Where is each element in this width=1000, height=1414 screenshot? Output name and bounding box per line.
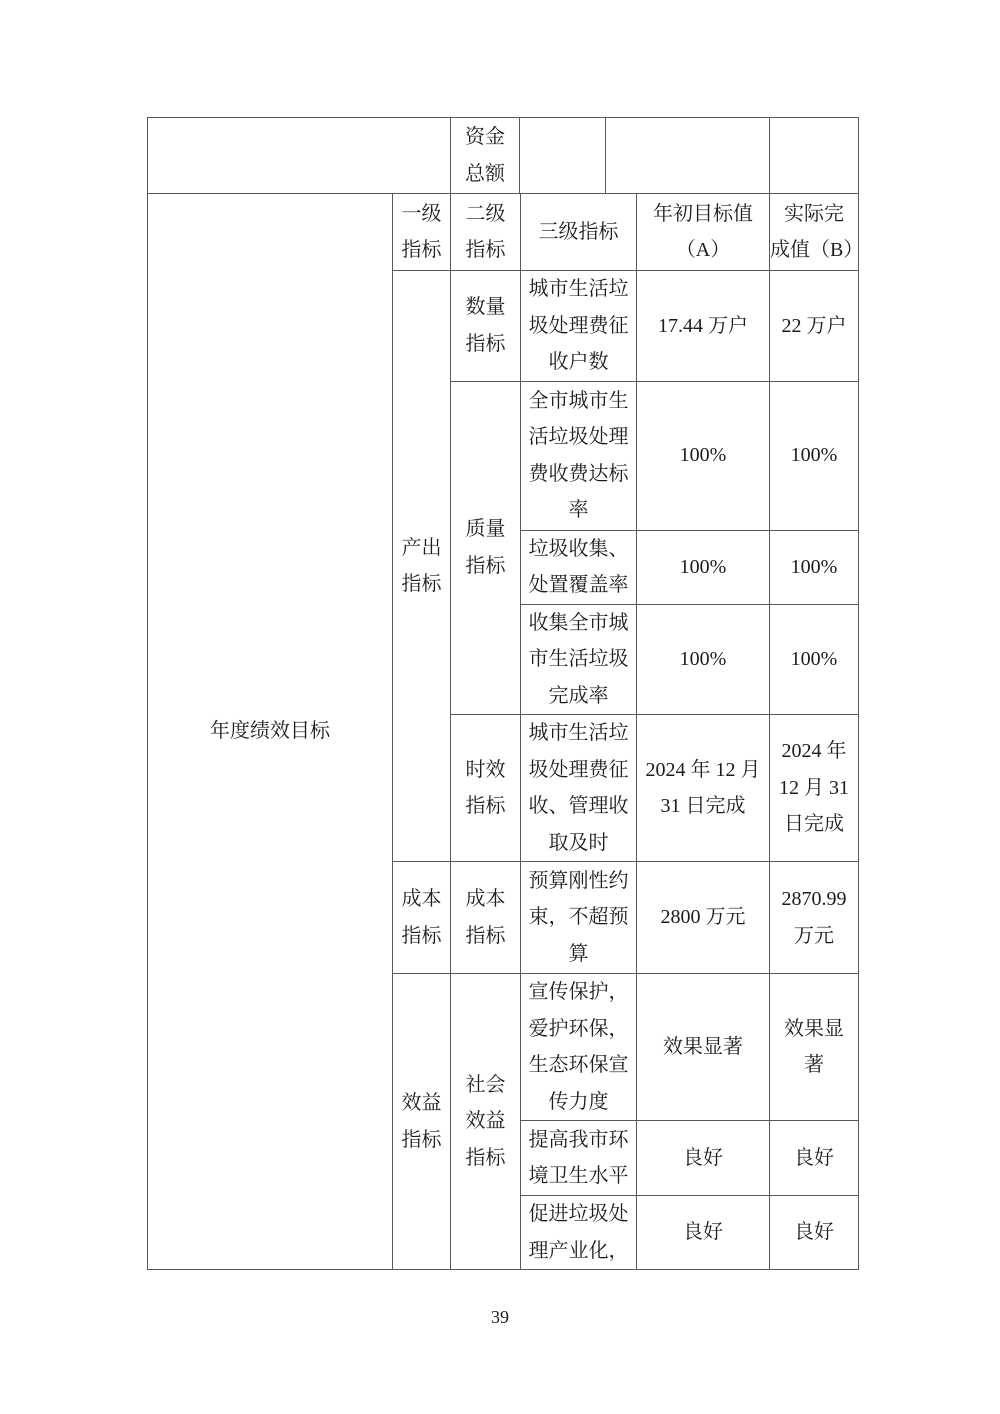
performance-table-area: 资金 总额 年度绩效目标 一级 指标 二级 指标 三级指标 年初目标值 （A） <box>147 117 858 1270</box>
actual-value-cell: 效果显 著 <box>770 974 859 1121</box>
indicator-cell: 全市城市生 活垃圾处理 费收费达标 率 <box>521 381 637 530</box>
indicator-cell: 促进垃圾处 理产业化， <box>521 1196 637 1270</box>
target-value-cell: 100% <box>637 381 770 530</box>
target-value-cell: 17.44 万户 <box>637 271 770 382</box>
table-continuation-row: 资金 总额 <box>147 117 859 194</box>
level2-social-benefit-cell: 社会 效益 指标 <box>451 974 521 1270</box>
target-value-cell: 100% <box>637 530 770 604</box>
header-row: 年度绩效目标 一级 指标 二级 指标 三级指标 年初目标值 （A） 实际完 成值… <box>148 194 859 271</box>
header-level3: 三级指标 <box>521 194 637 271</box>
level2-timeliness-cell: 时效 指标 <box>451 715 521 862</box>
level1-benefit-cell: 效益 指标 <box>393 974 451 1270</box>
header-target-value: 年初目标值 （A） <box>637 194 770 271</box>
level2-cost-cell: 成本 指标 <box>451 862 521 974</box>
fragment-row: 资金 总额 <box>148 118 859 194</box>
header-level2: 二级 指标 <box>451 194 521 271</box>
document-page: 资金 总额 年度绩效目标 一级 指标 二级 指标 三级指标 年初目标值 （A） <box>0 0 1000 1414</box>
level1-output-cell: 产出 指标 <box>393 271 451 862</box>
page-number: 39 <box>0 1306 1000 1328</box>
level2-quantity-cell: 数量 指标 <box>451 271 521 382</box>
level1-cost-cell: 成本 指标 <box>393 862 451 974</box>
fragment-empty-cell-4 <box>770 118 859 194</box>
fragment-empty-cell-3 <box>606 118 770 194</box>
actual-value-cell: 100% <box>770 530 859 604</box>
target-value-cell: 良好 <box>637 1196 770 1270</box>
actual-value-cell: 100% <box>770 604 859 715</box>
indicator-cell: 垃圾收集、 处置覆盖率 <box>521 530 637 604</box>
performance-indicators-table: 年度绩效目标 一级 指标 二级 指标 三级指标 年初目标值 （A） 实际完 成值… <box>147 193 859 1270</box>
fragment-empty-cell-1 <box>148 118 451 194</box>
annual-performance-goal-cell: 年度绩效目标 <box>148 194 393 1270</box>
fragment-empty-cell-2 <box>520 118 606 194</box>
indicator-cell: 城市生活垃 圾处理费征 收、管理收 取及时 <box>521 715 637 862</box>
level2-quality-cell: 质量 指标 <box>451 381 521 715</box>
indicator-cell: 宣传保护， 爱护环保， 生态环保宣 传力度 <box>521 974 637 1121</box>
indicator-cell: 提高我市环 境卫生水平 <box>521 1121 637 1196</box>
actual-value-cell: 良好 <box>770 1196 859 1270</box>
target-value-cell: 100% <box>637 604 770 715</box>
target-value-cell: 效果显著 <box>637 974 770 1121</box>
target-value-cell: 2024 年 12 月 31 日完成 <box>637 715 770 862</box>
indicator-cell: 收集全市城 市生活垃圾 完成率 <box>521 604 637 715</box>
funds-total-cell: 资金 总额 <box>451 118 520 194</box>
header-actual-value: 实际完 成值（B） <box>770 194 859 271</box>
target-value-cell: 2800 万元 <box>637 862 770 974</box>
target-value-cell: 良好 <box>637 1121 770 1196</box>
actual-value-cell: 22 万户 <box>770 271 859 382</box>
actual-value-cell: 100% <box>770 381 859 530</box>
indicator-cell: 预算刚性约 束，不超预 算 <box>521 862 637 974</box>
actual-value-cell: 2024 年 12 月 31 日完成 <box>770 715 859 862</box>
actual-value-cell: 2870.99 万元 <box>770 862 859 974</box>
indicator-cell: 城市生活垃 圾处理费征 收户数 <box>521 271 637 382</box>
actual-value-cell: 良好 <box>770 1121 859 1196</box>
header-level1: 一级 指标 <box>393 194 451 271</box>
